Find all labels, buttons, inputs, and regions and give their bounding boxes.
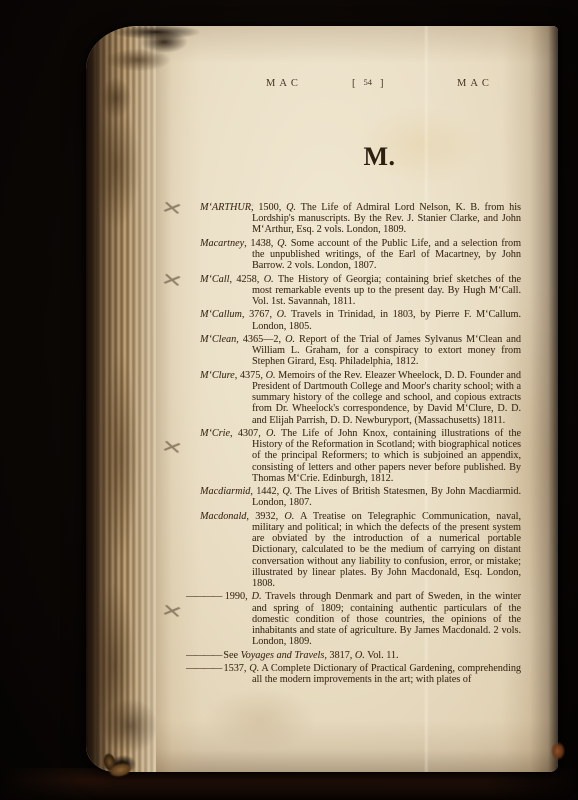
entry-text: Memoirs of the Rev. Eleazer Wheelock, D.… [252, 370, 521, 426]
page-number: 54 [364, 77, 373, 87]
catalog-entry: M‘Clean, 4365—2, O. Report of the Trial … [200, 334, 521, 368]
catalog-entry: ✕———— 1990, D. Travels through Denmark a… [200, 591, 521, 647]
catalog-entry: ———— See Voyages and Travels, 3817, O. V… [200, 650, 521, 661]
entry-text: Vol. 11. [365, 650, 399, 661]
entry-headword: M‘Call [200, 274, 229, 285]
entry-headword: Macdiarmid [200, 486, 250, 497]
entry-text: O. [285, 334, 295, 345]
book-page-block: MAC [ 54 ] MAC M. ✕M‘ARTHUR, 1500, Q. Th… [86, 26, 558, 772]
entry-text: , 4307, [230, 428, 266, 439]
entry-text: D. [252, 591, 262, 602]
page-number-group: [ 54 ] [352, 78, 384, 89]
entry-text: O. [355, 650, 365, 661]
catalog-entry: Macdiarmid, 1442, Q. The Lives of Britis… [200, 486, 521, 508]
entry-text: Q. [277, 238, 287, 249]
entry-headword: M‘Callum [200, 309, 242, 320]
entry-text: 1990, [221, 591, 252, 602]
entry-text: The History of Georgia; containing brief… [252, 274, 521, 307]
entry-headword: Macdonald [200, 511, 246, 522]
entry-text: 1537, [221, 663, 249, 674]
catalog-entry: M‘Callum, 3767, O. Travels in Trinidad, … [200, 309, 521, 331]
ditto-dash: ———— [186, 650, 221, 661]
page-fore-edge [86, 26, 164, 772]
entry-text: Q. [286, 202, 296, 213]
catalog-entry: M‘Clure, 4375, O. Memoirs of the Rev. El… [200, 370, 521, 426]
catalog-entry: ———— 1537, Q. A Complete Dictionary of P… [200, 663, 521, 685]
entry-text: , 3817, [324, 650, 355, 661]
entry-text: O. [264, 274, 274, 285]
entry-text: , 4375, [235, 370, 266, 381]
entry-text: O. [266, 370, 276, 381]
catalog-entry: ✕M‘Call, 4258, O. The History of Georgia… [200, 274, 521, 308]
catalog-entry: ✕M‘Crie, 4307, O. The Life of John Knox,… [200, 428, 521, 484]
entry-text: Some account of the Public Life, and a s… [252, 238, 521, 271]
running-head: MAC [ 54 ] MAC [200, 78, 521, 92]
entry-text: , 1500, [251, 202, 286, 213]
bracket-close: ] [380, 78, 384, 89]
scanned-book-photo: MAC [ 54 ] MAC M. ✕M‘ARTHUR, 1500, Q. Th… [0, 0, 578, 800]
ditto-dash: ———— [186, 591, 221, 602]
entry-text: , 3767, [242, 309, 277, 320]
entry-headword: M‘Clean [200, 334, 236, 345]
entry-text: Travels in Trinidad, in 1803, by Pierre … [252, 309, 521, 331]
entry-text: , 4258, [229, 274, 263, 285]
entry-text: A Complete Dictionary of Practical Garde… [252, 663, 521, 685]
bracket-open: [ [352, 78, 356, 89]
entry-text: , 1438, [244, 238, 277, 249]
entry-text: Voyages and Travels [241, 650, 325, 661]
catalog-entry: Macartney, 1438, Q. Some account of the … [200, 238, 521, 272]
entry-list: ✕M‘ARTHUR, 1500, Q. The Life of Admiral … [200, 202, 521, 688]
catalog-entry: ✕M‘ARTHUR, 1500, Q. The Life of Admiral … [200, 202, 521, 236]
entry-headword: M‘Clure [200, 370, 235, 381]
entry-text: See [221, 650, 241, 661]
entry-headword: M‘Crie [200, 428, 230, 439]
ditto-dash: ———— [186, 663, 221, 674]
entry-text: , 3932, [246, 511, 284, 522]
entry-text: , 4365—2, [236, 334, 285, 345]
entry-headword: M‘ARTHUR [200, 202, 251, 213]
entry-text: O. [277, 309, 287, 320]
entry-text: Q. [282, 486, 292, 497]
running-head-left: MAC [266, 78, 302, 89]
entry-text: O. [284, 511, 294, 522]
catalog-entry: Macdonald, 3932, O. A Treatise on Telegr… [200, 511, 521, 589]
entry-text: Q. [249, 663, 259, 674]
entry-text: A Treatise on Telegraphic Communication,… [252, 511, 521, 589]
entry-text: O. [266, 428, 276, 439]
entry-text: Travels through Denmark and part of Swed… [252, 591, 521, 647]
running-head-right: MAC [457, 78, 493, 89]
entry-headword: Macartney [200, 238, 244, 249]
entry-text: The Life of John Knox, containing illust… [252, 428, 521, 484]
table-shadow-band [0, 768, 578, 800]
entry-text: The Lives of British Statesmen, By John … [252, 486, 521, 508]
page-edge-stain [551, 742, 565, 760]
entry-text: , 1442, [250, 486, 282, 497]
section-heading: M. [200, 142, 521, 172]
